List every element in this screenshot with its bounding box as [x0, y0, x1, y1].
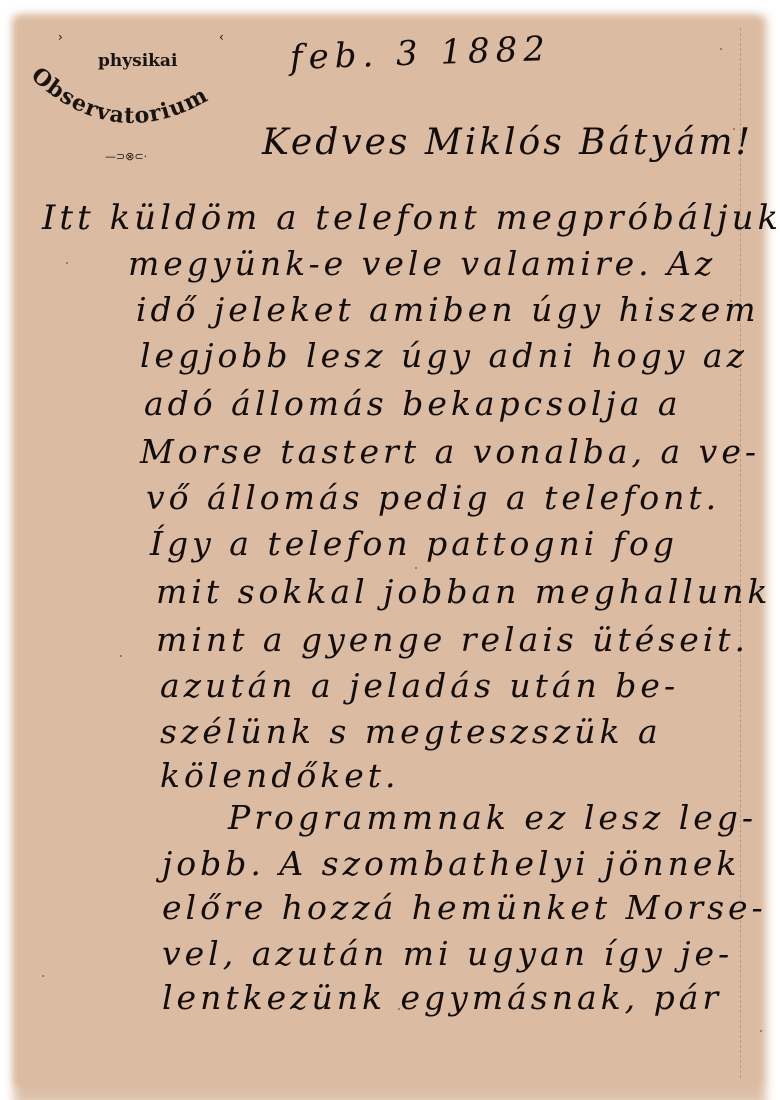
body-line: lentkezünk egymásnak, pár [162, 978, 722, 1017]
body-line: mit sokkal jobban meghallunk [156, 572, 771, 611]
body-line: vő állomás pedig a telefont. [146, 478, 720, 517]
body-line: kölendőket. [160, 756, 399, 795]
letterhead-arc: Observatorium [26, 62, 212, 129]
body-line: megyünk-e vele valamire. Az [128, 244, 716, 283]
scan-speck [42, 975, 44, 977]
body-line: mint a gyenge relais ütéseit. [156, 620, 749, 659]
body-line: Itt küldöm a telefont megpróbáljuk [42, 198, 780, 238]
body-line: azután a jeladás után be- [160, 666, 679, 705]
body-line: jobb. A szombathelyi jönnek [162, 844, 740, 883]
letter-greeting: Kedves Miklós Bátyám! [262, 122, 753, 163]
scan-speck [720, 48, 722, 50]
body-line: Így a telefon pattogni fog [150, 524, 678, 563]
body-line: idő jeleket amiben úgy hiszem [136, 290, 760, 329]
letterhead: physikai Observatorium [22, 22, 302, 172]
letterhead-arc-text: Observatorium [26, 62, 212, 129]
letterhead-line-1: physikai [98, 51, 178, 71]
scan-speck [120, 655, 122, 657]
body-line: szélünk s megteszszük a [160, 712, 662, 751]
body-line: legjobb lesz úgy adni hogy az [140, 336, 748, 375]
body-line: adó állomás bekapcsolja a [144, 384, 682, 423]
body-line: előre hozzá hemünket Morse- [162, 888, 767, 927]
letterhead-graphic: physikai Observatorium [22, 22, 302, 172]
body-line: vel, azután mi ugyan így je- [162, 934, 733, 973]
scan-speck [760, 1030, 762, 1032]
scan-speck [66, 262, 68, 264]
scan-speck [415, 567, 417, 569]
letterhead-tick-right-icon: ‹ [219, 30, 224, 44]
body-line: Programmnak ez lesz leg- [228, 798, 757, 837]
body-line: Morse tastert a vonalba, a ve- [140, 432, 760, 471]
letterhead-tick-left-icon: › [58, 30, 63, 44]
document-page: physikai Observatorium › ‹ —⊃⊗⊂· feb. 3 … [0, 0, 780, 1100]
letterhead-ornament: —⊃⊗⊂· [105, 150, 147, 163]
